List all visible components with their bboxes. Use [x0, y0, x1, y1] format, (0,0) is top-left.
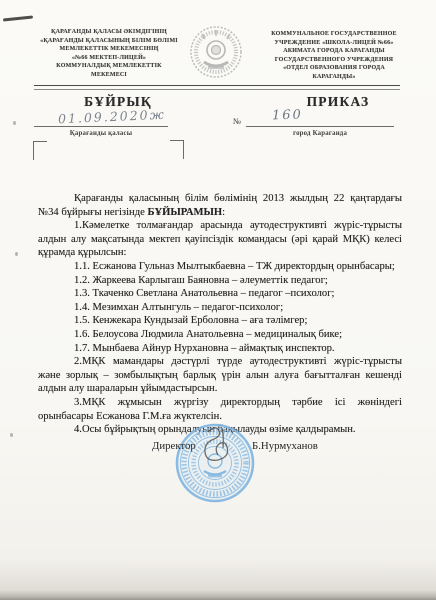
document-page: ҚАРАҒАНДЫ ҚАЛАСЫ ӘКІМДІГІНІҢ «ҚАРАҒАНДЫ …	[0, 0, 436, 600]
commission-member: 1.7. Мынбаева Айнур Нурхановна – аймақты…	[38, 342, 402, 356]
scan-speck	[15, 252, 18, 256]
scan-bottom-edge	[0, 590, 436, 600]
scan-speck	[13, 121, 16, 125]
letterhead-kazakh: ҚАРАҒАНДЫ ҚАЛАСЫ ӘКІМДІГІНІҢ «ҚАРАҒАНДЫ …	[26, 28, 192, 80]
letterhead-line: КАРАГАНДЫ»	[246, 73, 422, 82]
number-sign: №	[233, 116, 241, 126]
commission-member: 1.1. Есжанова Гульназ Мылтыкбаевна – ТЖ …	[38, 260, 402, 274]
commission-member: 1.2. Жаркеева Карлыгаш Баяновна – әлеуме…	[38, 274, 402, 288]
order-body: Қарағанды қаласының білім бөлімінің 2013…	[38, 192, 402, 437]
letterhead-line: «№66 МЕКТЕП-ЛИЦЕЙ»	[26, 54, 192, 63]
intro-bold: БҰЙЫРАМЫН	[147, 207, 222, 218]
letterhead-line: КОММУНАЛЬНОЕ ГОСУДАРСТВЕННОЕ	[246, 30, 422, 39]
letterhead-line: УЧРЕЖДЕНИЕ «ШКОЛА-ЛИЦЕЙ №66»	[246, 39, 422, 48]
date-underline	[34, 126, 168, 127]
handwritten-date: 01.09.2020ж	[58, 107, 166, 127]
scan-staple-mark	[3, 15, 33, 21]
letterhead-russian: КОММУНАЛЬНОЕ ГОСУДАРСТВЕННОЕ УЧРЕЖДЕНИЕ …	[246, 30, 422, 82]
letterhead-line: «ОТДЕЛ ОБРАЗОВАНИЯ ГОРОДА	[246, 64, 422, 73]
letterhead-line: АКИМАТА ГОРОДА КАРАГАНДЫ	[246, 47, 422, 56]
letterhead-divider	[34, 85, 400, 90]
order-item-2: 2.МҚК мамандары дәстүрлі түрде аутодестр…	[38, 355, 402, 396]
place-russian: город Караганда	[246, 130, 394, 137]
letterhead-line: МЕКЕМЕСІ	[26, 71, 192, 80]
letterhead-line: КОММУНАЛДЫҚ МЕМЛЕКЕТТІК	[26, 62, 192, 71]
commission-member: 1.4. Мезимхан Алтынгуль – педагог-психол…	[38, 301, 402, 315]
commission-member: 1.6. Белоусова Людмила Анатольевна – мед…	[38, 328, 402, 342]
signature-scribble	[178, 422, 258, 482]
letterhead-line: ҚАРАҒАНДЫ ҚАЛАСЫ ӘКІМДІГІНІҢ	[26, 28, 192, 37]
order-title-russian: ПРИКАЗ	[288, 94, 388, 110]
signature-role: Директор	[152, 440, 196, 452]
letterhead-line: МЕМЛЕКЕТТІК МЕКЕМЕСІНІҢ	[26, 45, 192, 54]
number-underline	[246, 126, 394, 127]
place-kazakh: Қарағанды қаласы	[34, 130, 168, 137]
intro-paragraph: Қарағанды қаласының білім бөлімінің 2013…	[38, 192, 402, 219]
commission-member: 1.3. Ткаченко Светлана Анатольевна – пед…	[38, 287, 402, 301]
order-item-1: 1.Кәмелетке толмағандар арасында аутодес…	[38, 219, 402, 260]
kazakhstan-emblem-icon	[188, 24, 244, 80]
intro-tail: :	[222, 207, 225, 218]
letterhead-line: «ҚАРАҒАНДЫ ҚАЛАСЫНЫҢ БІЛІМ БӨЛІМІ	[26, 37, 192, 46]
registration-corner-right	[170, 140, 184, 159]
commission-member: 1.5. Кенжекара Кундызай Ерболовна – аға …	[38, 314, 402, 328]
scan-speck	[10, 433, 13, 437]
signature-name: Б.Нурмуханов	[252, 440, 318, 452]
registration-corner-left	[33, 141, 47, 160]
letterhead-line: ГОСУДАРСТВЕННОГО УЧРЕЖДЕНИЯ	[246, 56, 422, 65]
handwritten-number: 160	[272, 108, 303, 124]
